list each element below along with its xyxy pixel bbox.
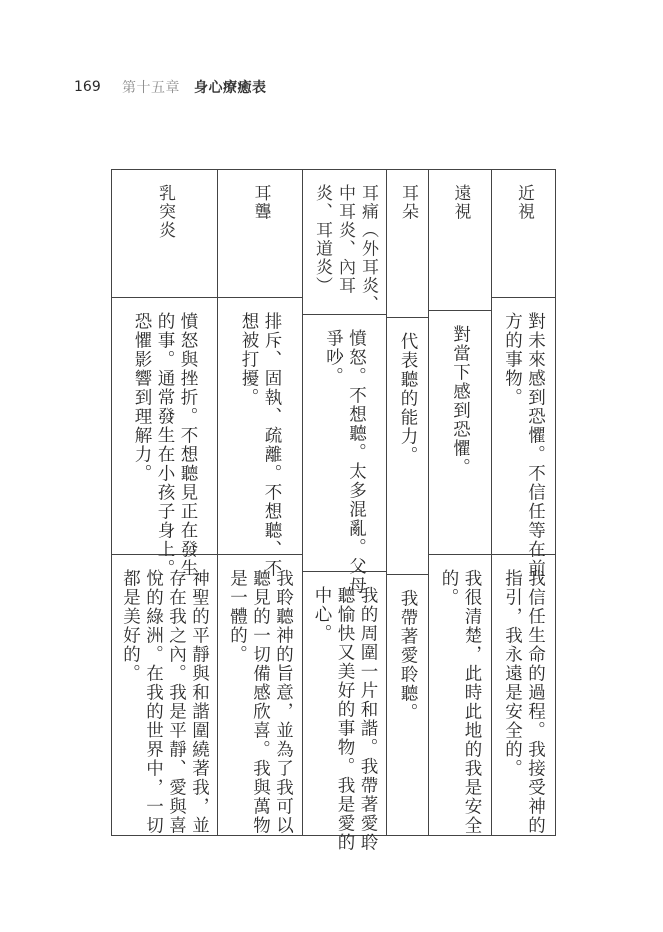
cause-cell: 憤怒。不想聽。太多混亂。父母 爭吵。 — [303, 315, 386, 572]
table-column-hyperopia: 遠視 對當下感到恐懼。 我很清楚，此時此地的我是安全 的。 — [428, 170, 491, 835]
table-column-ears: 耳朵 代表聽的能力。 我帶著愛聆聽。 — [386, 170, 428, 835]
affirmation-cell: 我信任生命的過程。我接受神的 指引，我永遠是安全的。 — [492, 555, 555, 835]
condition-cell: 乳突炎 — [112, 170, 217, 298]
table-column-deafness: 耳聾 排斥、固執、疏離。不想聽、不 想被打擾。 我聆聽神的旨意，並為了我可以 聽… — [217, 170, 302, 835]
healing-table: 近視 對未來感到恐懼。不信任等在前 方的事物。 我信任生命的過程。我接受神的 指… — [111, 169, 556, 836]
table-column-earache: 耳痛（外耳炎、 中耳炎、內耳 炎、耳道炎） 憤怒。不想聽。太多混亂。父母 爭吵。… — [302, 170, 386, 835]
table-column-mastoiditis: 乳突炎 憤怒與挫折。不想聽見正在發生 的事。通常發生在小孩子身上。 恐懼影響到理… — [112, 170, 217, 835]
cause-cell: 憤怒與挫折。不想聽見正在發生 的事。通常發生在小孩子身上。 恐懼影響到理解力。 — [112, 298, 217, 555]
condition-cell: 耳聾 — [218, 170, 302, 298]
affirmation-cell: 我的周圍一片和諧。我帶著愛聆 聽愉快又美好的事物。我是愛的 中心。 — [303, 572, 386, 852]
page-number: 169 — [74, 79, 122, 95]
cause-cell: 對當下感到恐懼。 — [429, 311, 491, 555]
cause-cell: 排斥、固執、疏離。不想聽、不 想被打擾。 — [218, 298, 302, 555]
running-header: 169 第十五章 身心療癒表 — [74, 76, 267, 98]
condition-cell: 耳朵 — [387, 170, 428, 318]
affirmation-cell: 我很清楚，此時此地的我是安全 的。 — [429, 555, 491, 835]
condition-cell: 耳痛（外耳炎、 中耳炎、內耳 炎、耳道炎） — [303, 170, 386, 315]
condition-cell: 遠視 — [429, 170, 491, 311]
chapter-title: 身心療癒表 — [194, 77, 267, 97]
cause-cell: 對未來感到恐懼。不信任等在前 方的事物。 — [492, 298, 555, 555]
condition-cell: 近視 — [492, 170, 555, 298]
affirmation-cell: 神聖的平靜與和諧圍繞著我，並 存在我之內。我是平靜、愛與喜 悅的綠洲。在我的世界… — [112, 555, 217, 835]
chapter-label: 第十五章 — [122, 77, 180, 97]
affirmation-cell: 我帶著愛聆聽。 — [387, 575, 428, 835]
affirmation-cell: 我聆聽神的旨意，並為了我可以 聽見的一切備感欣喜。我與萬物 是一體的。 — [218, 555, 302, 835]
cause-cell: 代表聽的能力。 — [387, 318, 428, 575]
table-column-myopia: 近視 對未來感到恐懼。不信任等在前 方的事物。 我信任生命的過程。我接受神的 指… — [491, 170, 555, 835]
